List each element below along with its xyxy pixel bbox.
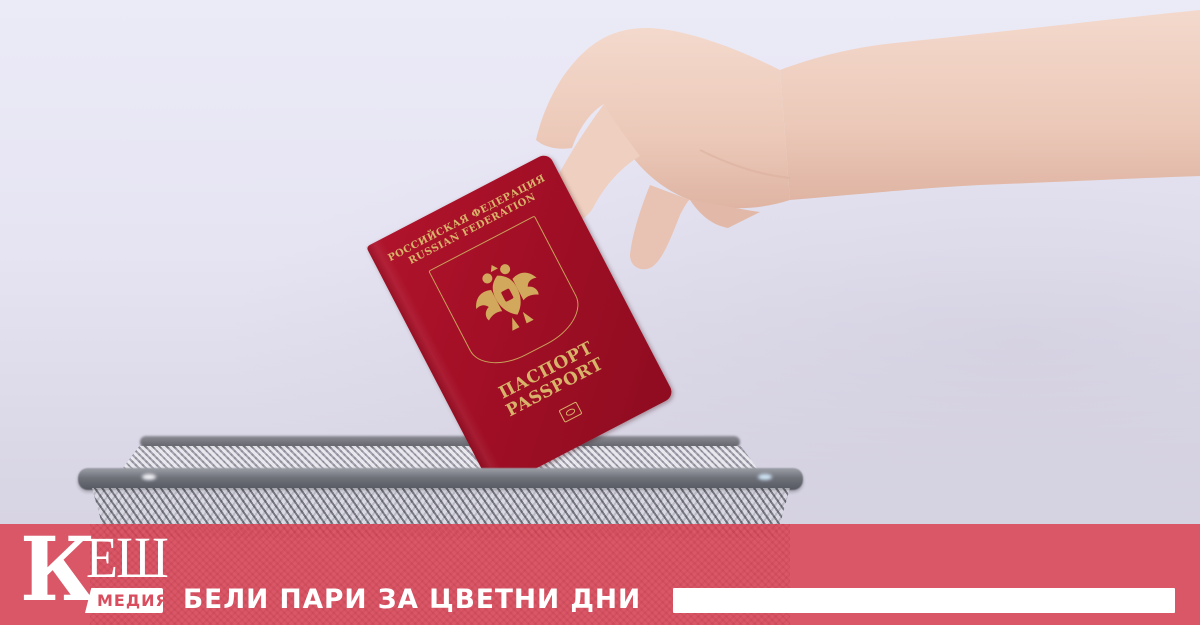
rim-highlight [758,474,772,480]
logo-letters-esh: ЕШ [86,530,167,586]
bin-front-rim [78,468,803,490]
kesh-media-logo[interactable]: К ЕШ МЕДИЯ [18,530,168,620]
biometric-chip-icon [558,401,582,423]
headline-slogan: БЕЛИ ПАРИ ЗА ЦВЕТНИ ДНИ [183,585,641,615]
logo-letter-k: К [20,524,96,614]
rim-highlight [142,474,156,480]
logo-media-label: МЕДИЯ [97,591,169,610]
logo-media-box: МЕДИЯ [85,588,163,613]
decorative-white-bar [673,588,1175,613]
